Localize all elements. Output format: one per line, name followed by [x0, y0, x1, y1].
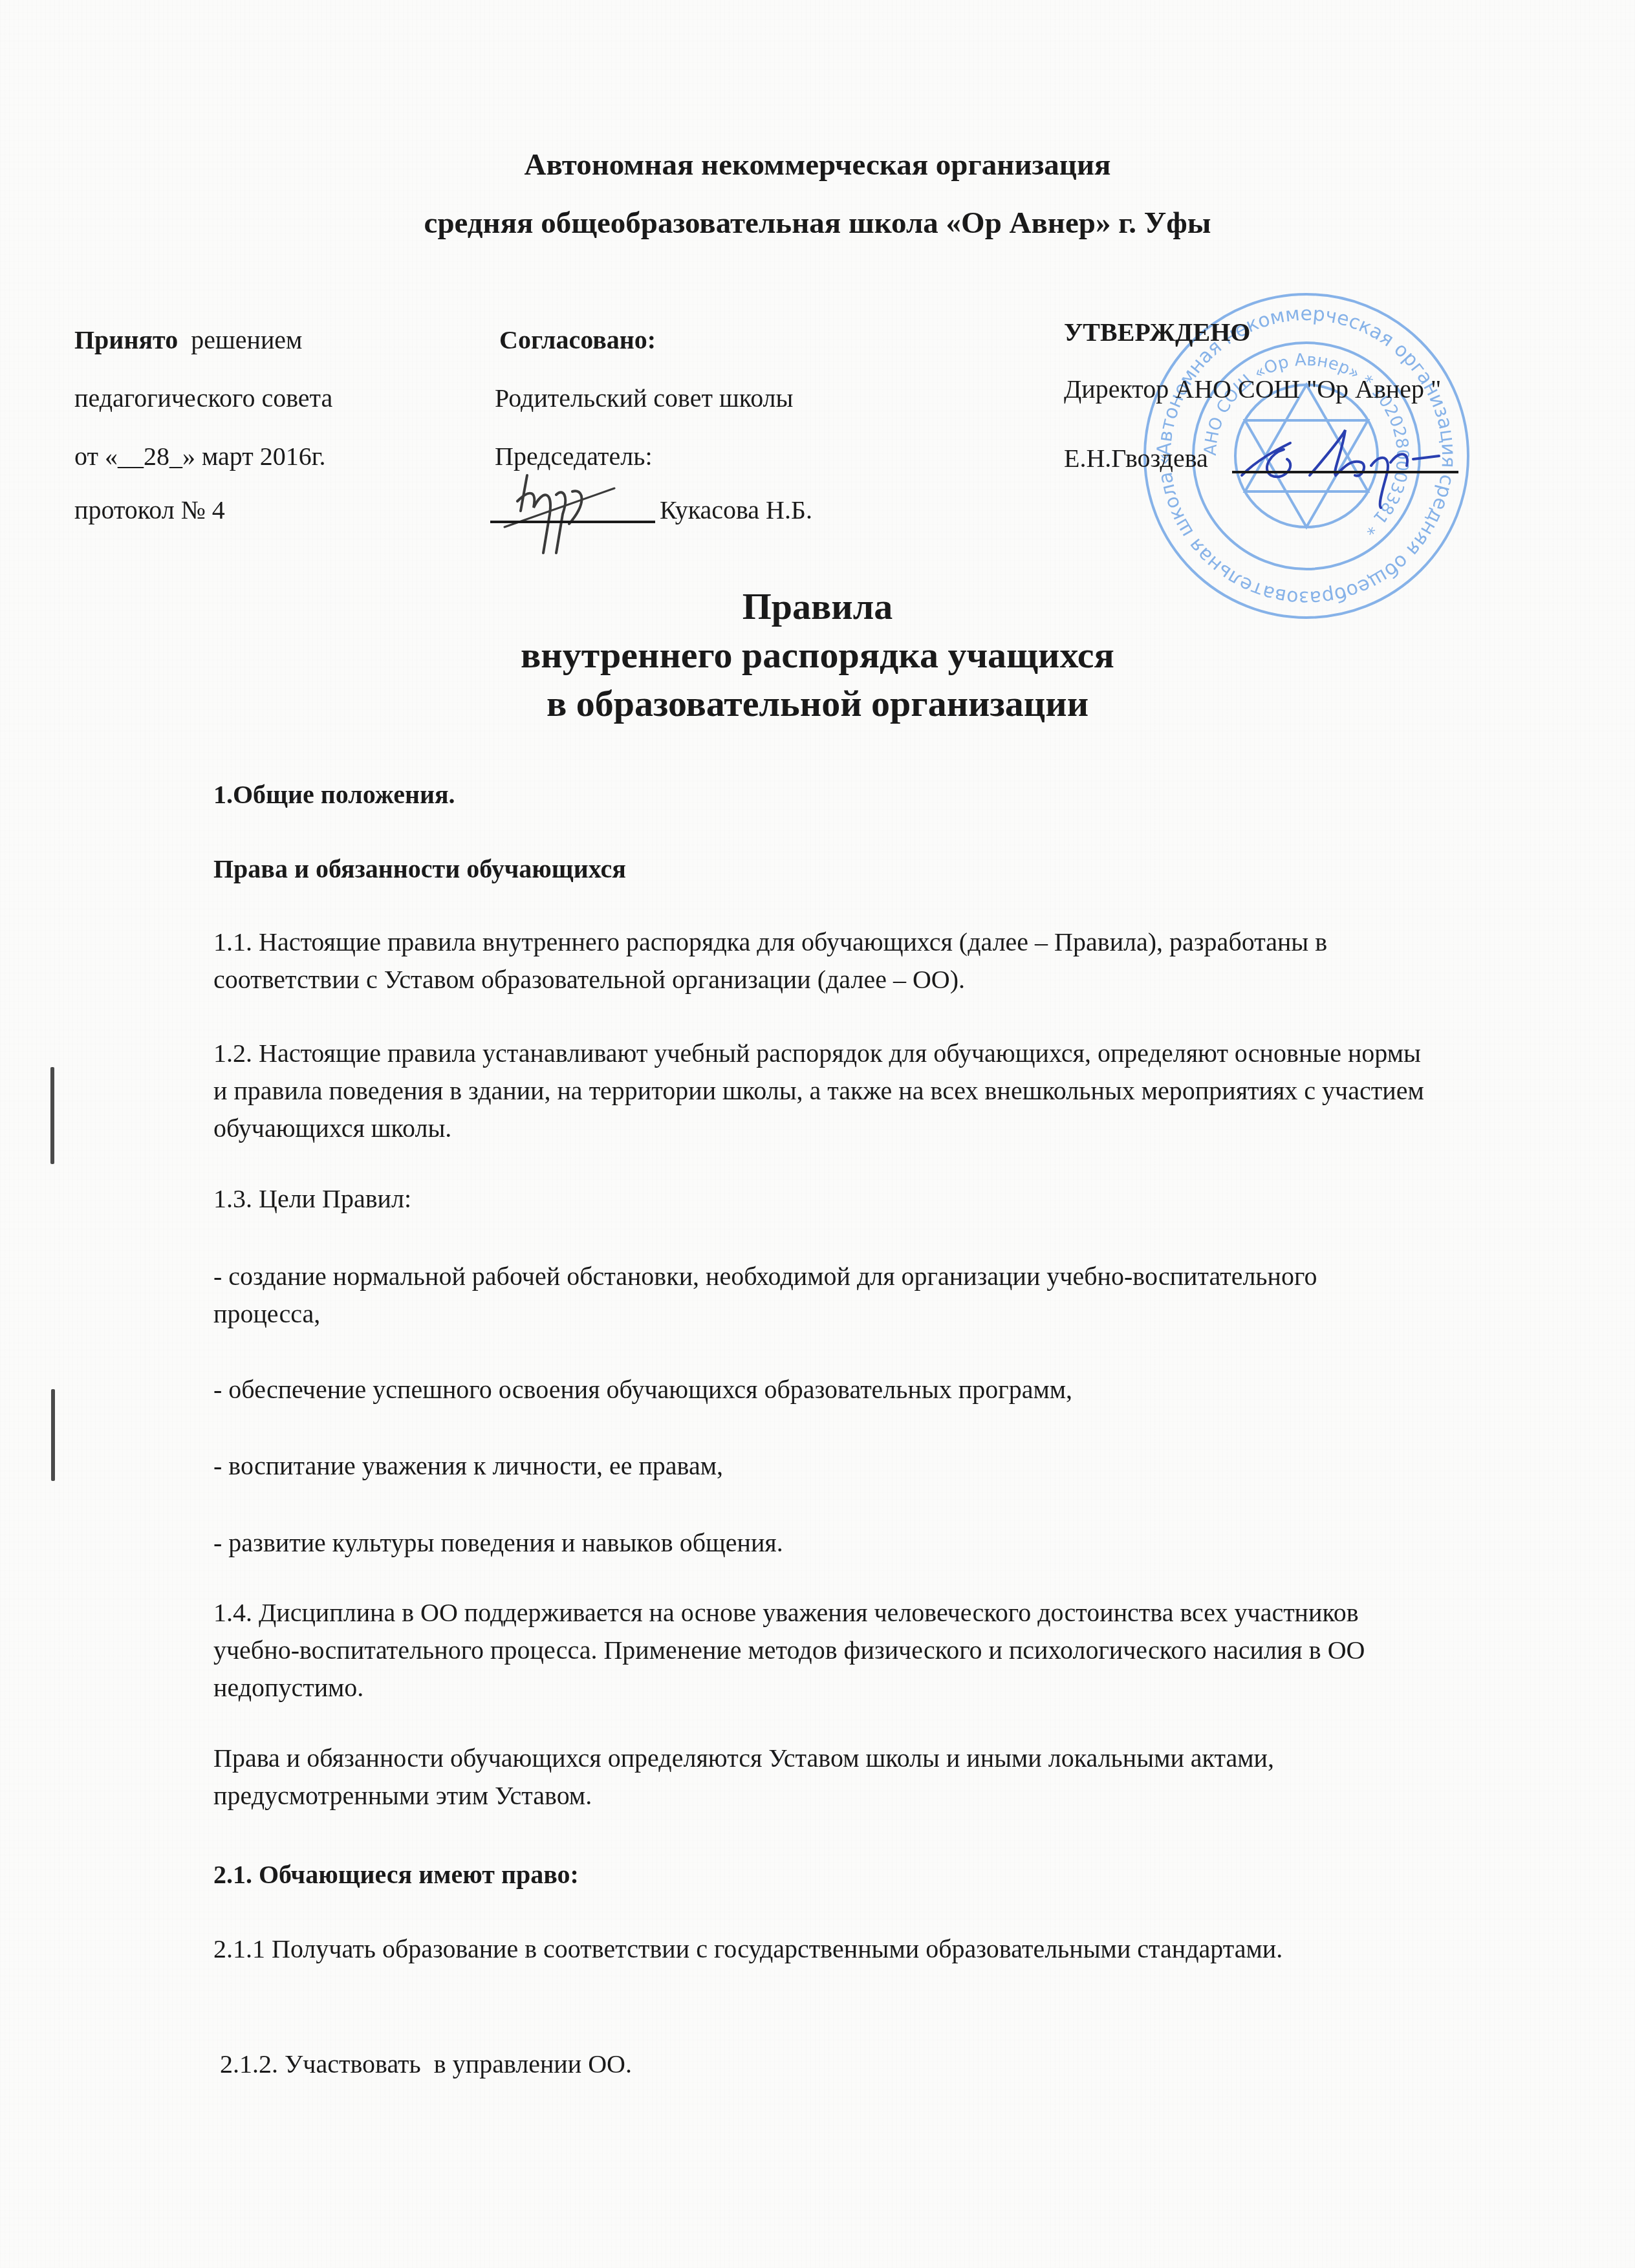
- scan-margin-mark: [51, 1389, 55, 1481]
- section-1-heading: 1.Общие положения.: [213, 776, 1429, 814]
- org-name-line2: средняя общеобразовательная школа «Ор Ав…: [0, 206, 1635, 241]
- paragraph-2-1-2: 2.1.2. Участвовать в управлении ОО.: [213, 2046, 1429, 2083]
- goal-item: - развитие культуры поведения и навыков …: [213, 1524, 1429, 1562]
- agreed-label: Согласовано:: [499, 325, 656, 355]
- document-title-line3: в образовательной организации: [0, 682, 1635, 725]
- director-signature-line: [1232, 471, 1458, 473]
- accepted-label-rest: решением: [178, 325, 302, 354]
- paragraph-1-2: 1.2. Настоящие правила устанавливают уче…: [213, 1035, 1429, 1147]
- goal-item: - создание нормальной рабочей обстановки…: [213, 1258, 1326, 1333]
- accepted-label: Принято решением: [74, 325, 302, 355]
- approved-director: Директор АНО СОШ "Ор Авнер ": [1064, 374, 1441, 404]
- section-2-1-heading: 2.1. Обчающиеся имеют право:: [213, 1856, 1429, 1894]
- agreed-signer: Кукасова Н.Б.: [660, 495, 812, 525]
- paragraph-rights-duties: Права и обязанности обучающихся определя…: [213, 1740, 1429, 1815]
- approved-label: УТВЕРЖДЕНО: [1064, 317, 1250, 347]
- accepted-council: педагогического совета: [74, 383, 332, 413]
- agreed-council: Родительский совет школы: [495, 383, 793, 413]
- director-signature-icon: [1232, 414, 1446, 511]
- accepted-date: от «__28_» март 2016г.: [74, 441, 326, 471]
- paragraph-1-1: 1.1. Настоящие правила внутреннего распо…: [213, 923, 1429, 999]
- document-title-line1: Правила: [0, 585, 1635, 628]
- chair-signature-icon: [492, 462, 660, 559]
- org-name-line1: Автономная некоммерческая организация: [0, 147, 1635, 182]
- accepted-protocol: протокол № 4: [74, 495, 225, 525]
- scan-margin-mark: [50, 1067, 54, 1164]
- rights-heading: Права и обязанности обучающихся: [213, 850, 1429, 888]
- paragraph-1-3: 1.3. Цели Правил:: [213, 1180, 1429, 1218]
- paragraph-1-4: 1.4. Дисциплина в ОО поддерживается на о…: [213, 1594, 1429, 1707]
- approved-signer: Е.Н.Гвоздева: [1064, 443, 1208, 473]
- goal-item: - воспитание уважения к личности, ее пра…: [213, 1447, 1429, 1485]
- accepted-label-bold: Принято: [74, 325, 178, 354]
- paragraph-2-1-1: 2.1.1 Получать образование в соответстви…: [213, 1930, 1391, 1968]
- document-title-line2: внутреннего распорядка учащихся: [0, 634, 1635, 676]
- goal-item: - обеспечение успешного освоения обучающ…: [213, 1371, 1429, 1409]
- chair-signature-line: [490, 521, 655, 523]
